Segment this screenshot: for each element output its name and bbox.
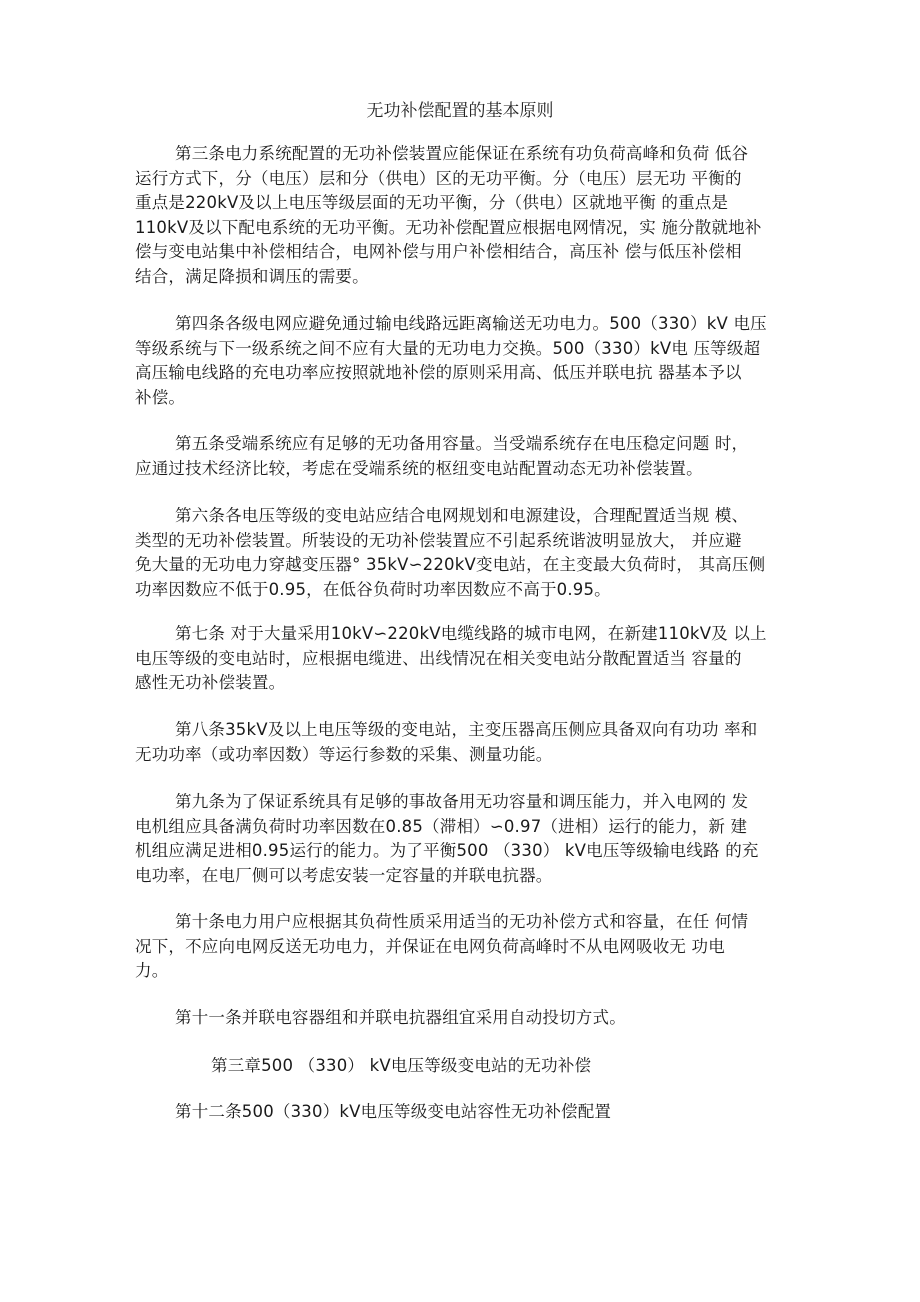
text-line: 应通过技术经济比较，考虑在受端系统的枢纽变电站配置动态无功补偿装置。 bbox=[135, 457, 795, 482]
text-line: 第四条各级电网应避免通过输电线路远距离输送无功电力。500（330）kV 电压 bbox=[135, 312, 795, 337]
text-line: 类型的无功补偿装置。所装设的无功补偿装置应不引起系统谐波明显放大， 并应避 bbox=[135, 529, 795, 554]
text-line: 感性无功补偿装置。 bbox=[135, 671, 795, 696]
text-line: 免大量的无功电力穿越变压器° 35kV∽220kV变电站，在主变最大负荷时， 其… bbox=[135, 553, 795, 578]
text-line: 第三章500 （330） kV电压等级变电站的无功补偿 bbox=[135, 1054, 795, 1079]
text-line: 电压等级的变电站时，应根据电缆进、出线情况在相关变电站分散配置适当 容量的 bbox=[135, 647, 795, 672]
paragraph-article-12: 第十二条500（330）kV电压等级变电站容性无功补偿配置 bbox=[135, 1100, 795, 1125]
text-line: 力。 bbox=[135, 959, 795, 984]
document-title: 无功补偿配置的基本原则 bbox=[0, 96, 920, 121]
text-line: 第十一条并联电容器组和并联电抗器组宜采用自动投切方式。 bbox=[135, 1006, 795, 1031]
text-line: 机组应满足进相0.95运行的能力。为了平衡500 （330） kV电压等级输电线… bbox=[135, 839, 795, 864]
paragraph-article-11: 第十一条并联电容器组和并联电抗器组宜采用自动投切方式。 bbox=[135, 1006, 795, 1031]
text-line: 第十条电力用户应根据其负荷性质采用适当的无功补偿方式和容量，在任 何情 bbox=[135, 910, 795, 935]
text-line: 第八条35kV及以上电压等级的变电站，主变压器高压侧应具备双向有功功 率和 bbox=[135, 718, 795, 743]
text-line: 偿与变电站集中补偿相结合，电网补偿与用户补偿相结合，高压补 偿与低压补偿相 bbox=[135, 240, 795, 265]
paragraph-article-10: 第十条电力用户应根据其负荷性质采用适当的无功补偿方式和容量，在任 何情 况下，不… bbox=[135, 910, 795, 984]
text-line: 第五条受端系统应有足够的无功备用容量。当受端系统存在电压稳定问题 时， bbox=[135, 432, 795, 457]
text-line: 第七条 对于大量采用10kV∽220kV电缆线路的城市电网，在新建110kV及 … bbox=[135, 622, 795, 647]
text-line: 运行方式下，分（电压）层和分（供电）区的无功平衡。分（电压）层无功 平衡的 bbox=[135, 167, 795, 192]
paragraph-article-6: 第六条各电压等级的变电站应结合电网规划和电源建设，合理配置适当规 模、 类型的无… bbox=[135, 504, 795, 602]
text-line: 第十二条500（330）kV电压等级变电站容性无功补偿配置 bbox=[135, 1100, 795, 1125]
text-line: 补偿。 bbox=[135, 386, 795, 411]
document-page: 无功补偿配置的基本原则 第三条电力系统配置的无功补偿装置应能保证在系统有功负荷高… bbox=[0, 0, 920, 1302]
paragraph-article-7: 第七条 对于大量采用10kV∽220kV电缆线路的城市电网，在新建110kV及 … bbox=[135, 622, 795, 696]
text-line: 结合，满足降损和调压的需要。 bbox=[135, 265, 795, 290]
text-line: 电功率，在电厂侧可以考虑安装一定容量的并联电抗器。 bbox=[135, 864, 795, 889]
text-line: 110kV及以下配电系统的无功平衡。无功补偿配置应根据电网情况，实 施分散就地补 bbox=[135, 216, 795, 241]
text-line: 重点是220kV及以上电压等级层面的无功平衡，分（供电）区就地平衡 的重点是 bbox=[135, 191, 795, 216]
paragraph-article-8: 第八条35kV及以上电压等级的变电站，主变压器高压侧应具备双向有功功 率和 无功… bbox=[135, 718, 795, 767]
text-line: 等级系统与下一级系统之间不应有大量的无功电力交换。500（330）kV电 压等级… bbox=[135, 337, 795, 362]
text-line: 电机组应具备满负荷时功率因数在0.85（滞相）∽0.97（进相）运行的能力，新 … bbox=[135, 815, 795, 840]
chapter-heading: 第三章500 （330） kV电压等级变电站的无功补偿 bbox=[135, 1054, 795, 1079]
text-line: 第九条为了保证系统具有足够的事故备用无功容量和调压能力，并入电网的 发 bbox=[135, 790, 795, 815]
paragraph-article-5: 第五条受端系统应有足够的无功备用容量。当受端系统存在电压稳定问题 时， 应通过技… bbox=[135, 432, 795, 481]
text-line: 高压输电线路的充电功率应按照就地补偿的原则采用高、低压并联电抗 器基本予以 bbox=[135, 361, 795, 386]
text-line: 第三条电力系统配置的无功补偿装置应能保证在系统有功负荷高峰和负荷 低谷 bbox=[135, 142, 795, 167]
paragraph-article-4: 第四条各级电网应避免通过输电线路远距离输送无功电力。500（330）kV 电压 … bbox=[135, 312, 795, 410]
text-line: 无功功率（或功率因数）等运行参数的采集、测量功能。 bbox=[135, 743, 795, 768]
paragraph-article-3: 第三条电力系统配置的无功补偿装置应能保证在系统有功负荷高峰和负荷 低谷 运行方式… bbox=[135, 142, 795, 289]
text-line: 功率因数应不低于0.95，在低谷负荷时功率因数应不高于0.95。 bbox=[135, 578, 795, 603]
text-line: 况下，不应向电网反送无功电力，并保证在电网负荷高峰时不从电网吸收无 功电 bbox=[135, 935, 795, 960]
paragraph-article-9: 第九条为了保证系统具有足够的事故备用无功容量和调压能力，并入电网的 发 电机组应… bbox=[135, 790, 795, 888]
text-line: 第六条各电压等级的变电站应结合电网规划和电源建设，合理配置适当规 模、 bbox=[135, 504, 795, 529]
